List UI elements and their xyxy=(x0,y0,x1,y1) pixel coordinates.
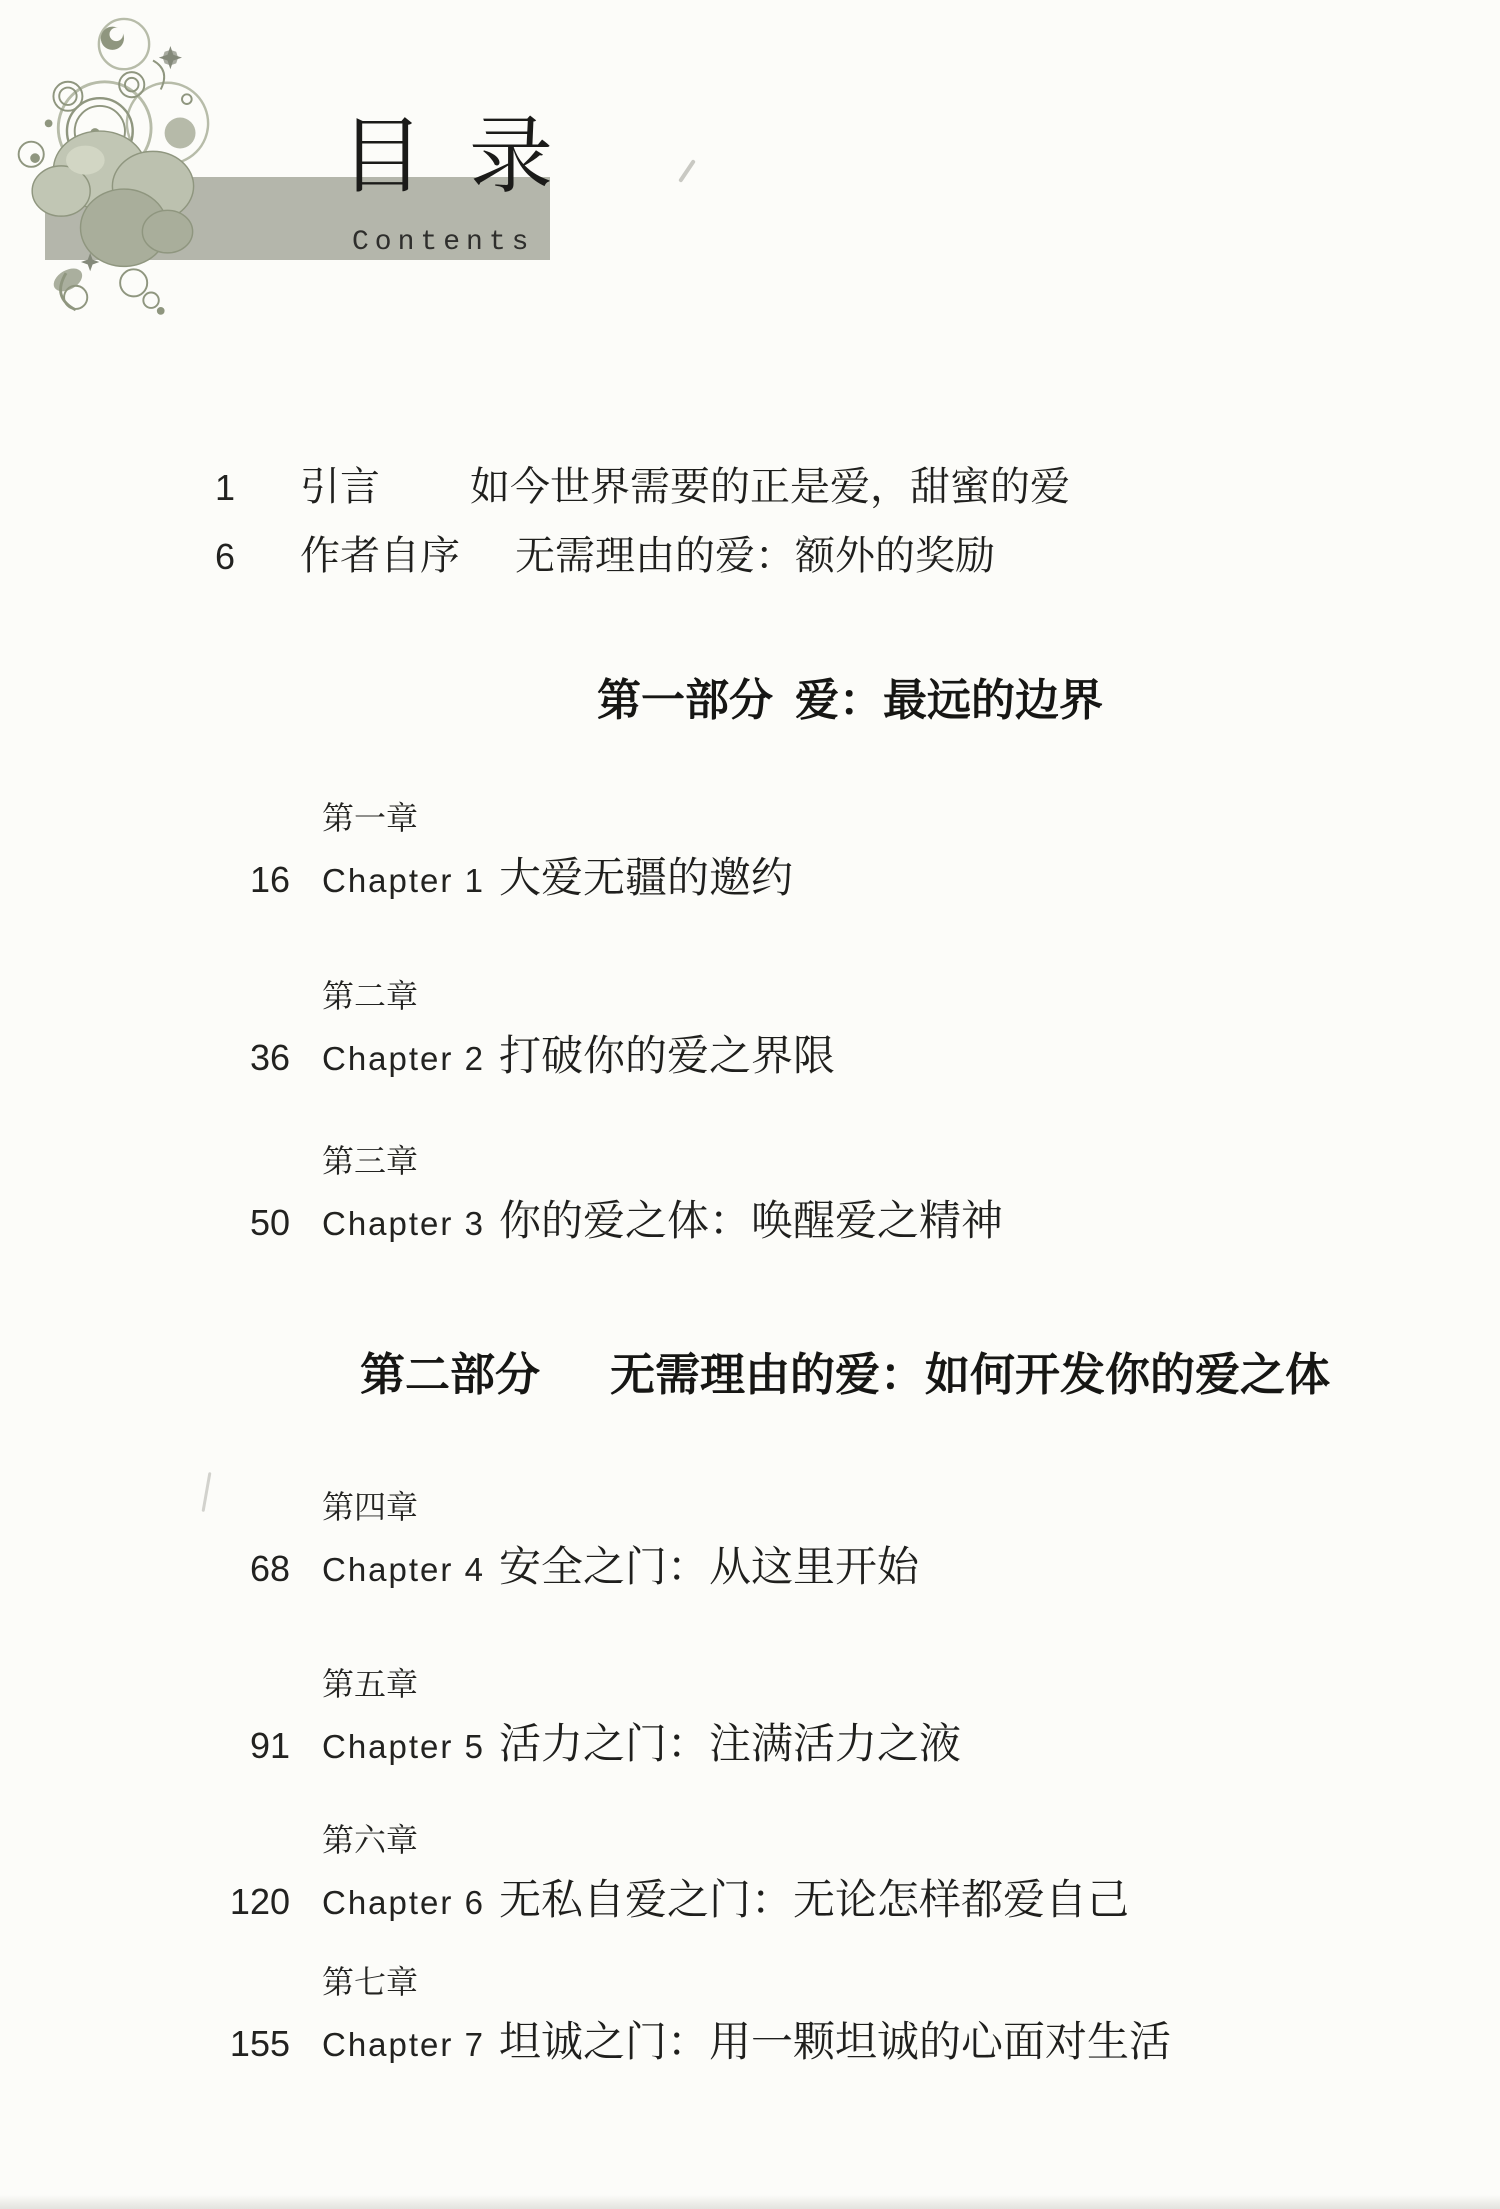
chapter-label-cn: 第二章 xyxy=(322,976,835,1016)
entry-label: 作者自序 xyxy=(300,524,460,581)
toc-chapter-4: 第四章 68 Chapter 4 安全之门：从这里开始 xyxy=(180,1487,919,1594)
chapter-label-cn: 第一章 xyxy=(322,798,793,838)
toc-chapter-2: 第二章 36 Chapter 2 打破你的爱之界限 xyxy=(180,976,835,1083)
page-number: 120 xyxy=(180,1881,290,1923)
chapter-title: 坦诚之门：用一颗坦诚的心面对生活 xyxy=(499,2009,1171,2069)
chapter-label-cn: 第六章 xyxy=(322,1820,1129,1860)
part-name: 第二部分 xyxy=(360,1349,540,1400)
floral-ornament xyxy=(8,6,240,318)
chapter-label-en: Chapter 5 xyxy=(322,1728,485,1766)
chapter-title: 无私自爱之门：无论怎样都爱自己 xyxy=(499,1867,1129,1927)
toc-chapter-5: 第五章 91 Chapter 5 活力之门：注满活力之液 xyxy=(180,1664,961,1771)
page-number: 16 xyxy=(180,859,290,901)
entry-label: 引言 xyxy=(300,455,380,512)
page-number: 36 xyxy=(180,1037,290,1079)
page-number: 1 xyxy=(180,467,235,509)
page-number: 155 xyxy=(180,2023,290,2065)
chapter-label-cn: 第五章 xyxy=(322,1664,961,1704)
chapter-label-en: Chapter 1 xyxy=(322,862,485,900)
page-number: 6 xyxy=(180,536,235,578)
chapter-label-cn: 第三章 xyxy=(322,1141,1003,1181)
part-name: 第一部分 xyxy=(597,676,773,725)
part-1-heading: 第一部分爱：最远的边界 xyxy=(597,664,1103,728)
chapter-title: 打破你的爱之界限 xyxy=(499,1023,835,1083)
toc-entry-preface: 6 作者自序 无需理由的爱：额外的奖励 xyxy=(180,524,995,581)
chapter-title: 安全之门：从这里开始 xyxy=(499,1534,919,1594)
toc-chapter-6: 第六章 120 Chapter 6 无私自爱之门：无论怎样都爱自己 xyxy=(180,1820,1129,1927)
scan-edge-shadow xyxy=(0,2195,1500,2209)
chapter-label-en: Chapter 7 xyxy=(322,2026,485,2064)
page-subtitle: Contents xyxy=(352,227,534,258)
chapter-title: 大爱无疆的邀约 xyxy=(499,845,793,905)
scan-artifact xyxy=(678,159,696,183)
page-title: 目 录 xyxy=(340,112,565,204)
chapter-label-en: Chapter 6 xyxy=(322,1884,485,1922)
chapter-label-cn: 第七章 xyxy=(322,1962,1171,2002)
part-subtitle: 爱：最远的边界 xyxy=(795,676,1103,725)
part-2-heading: 第二部分无需理由的爱：如何开发你的爱之体 xyxy=(360,1338,1330,1403)
toc-chapter-3: 第三章 50 Chapter 3 你的爱之体：唤醒爱之精神 xyxy=(180,1141,1003,1248)
part-subtitle: 无需理由的爱：如何开发你的爱之体 xyxy=(610,1349,1330,1400)
entry-title: 如今世界需要的正是爱，甜蜜的爱 xyxy=(470,455,1070,512)
page-number: 50 xyxy=(180,1202,290,1244)
chapter-label-cn: 第四章 xyxy=(322,1487,919,1527)
toc-entry-introduction: 1 引言 如今世界需要的正是爱，甜蜜的爱 xyxy=(180,455,1070,512)
toc-page: { "header": { "title_cn": "目 录", "title_… xyxy=(0,0,1500,2209)
chapter-label-en: Chapter 4 xyxy=(322,1551,485,1589)
entry-title: 无需理由的爱：额外的奖励 xyxy=(515,524,995,581)
page-number: 68 xyxy=(180,1548,290,1590)
chapter-title: 活力之门：注满活力之液 xyxy=(499,1711,961,1771)
toc-chapter-1: 第一章 16 Chapter 1 大爱无疆的邀约 xyxy=(180,798,793,905)
chapter-title: 你的爱之体：唤醒爱之精神 xyxy=(499,1188,1003,1248)
page-number: 91 xyxy=(180,1725,290,1767)
toc-chapter-7: 第七章 155 Chapter 7 坦诚之门：用一颗坦诚的心面对生活 xyxy=(180,1962,1171,2069)
chapter-label-en: Chapter 3 xyxy=(322,1205,485,1243)
chapter-label-en: Chapter 2 xyxy=(322,1040,485,1078)
